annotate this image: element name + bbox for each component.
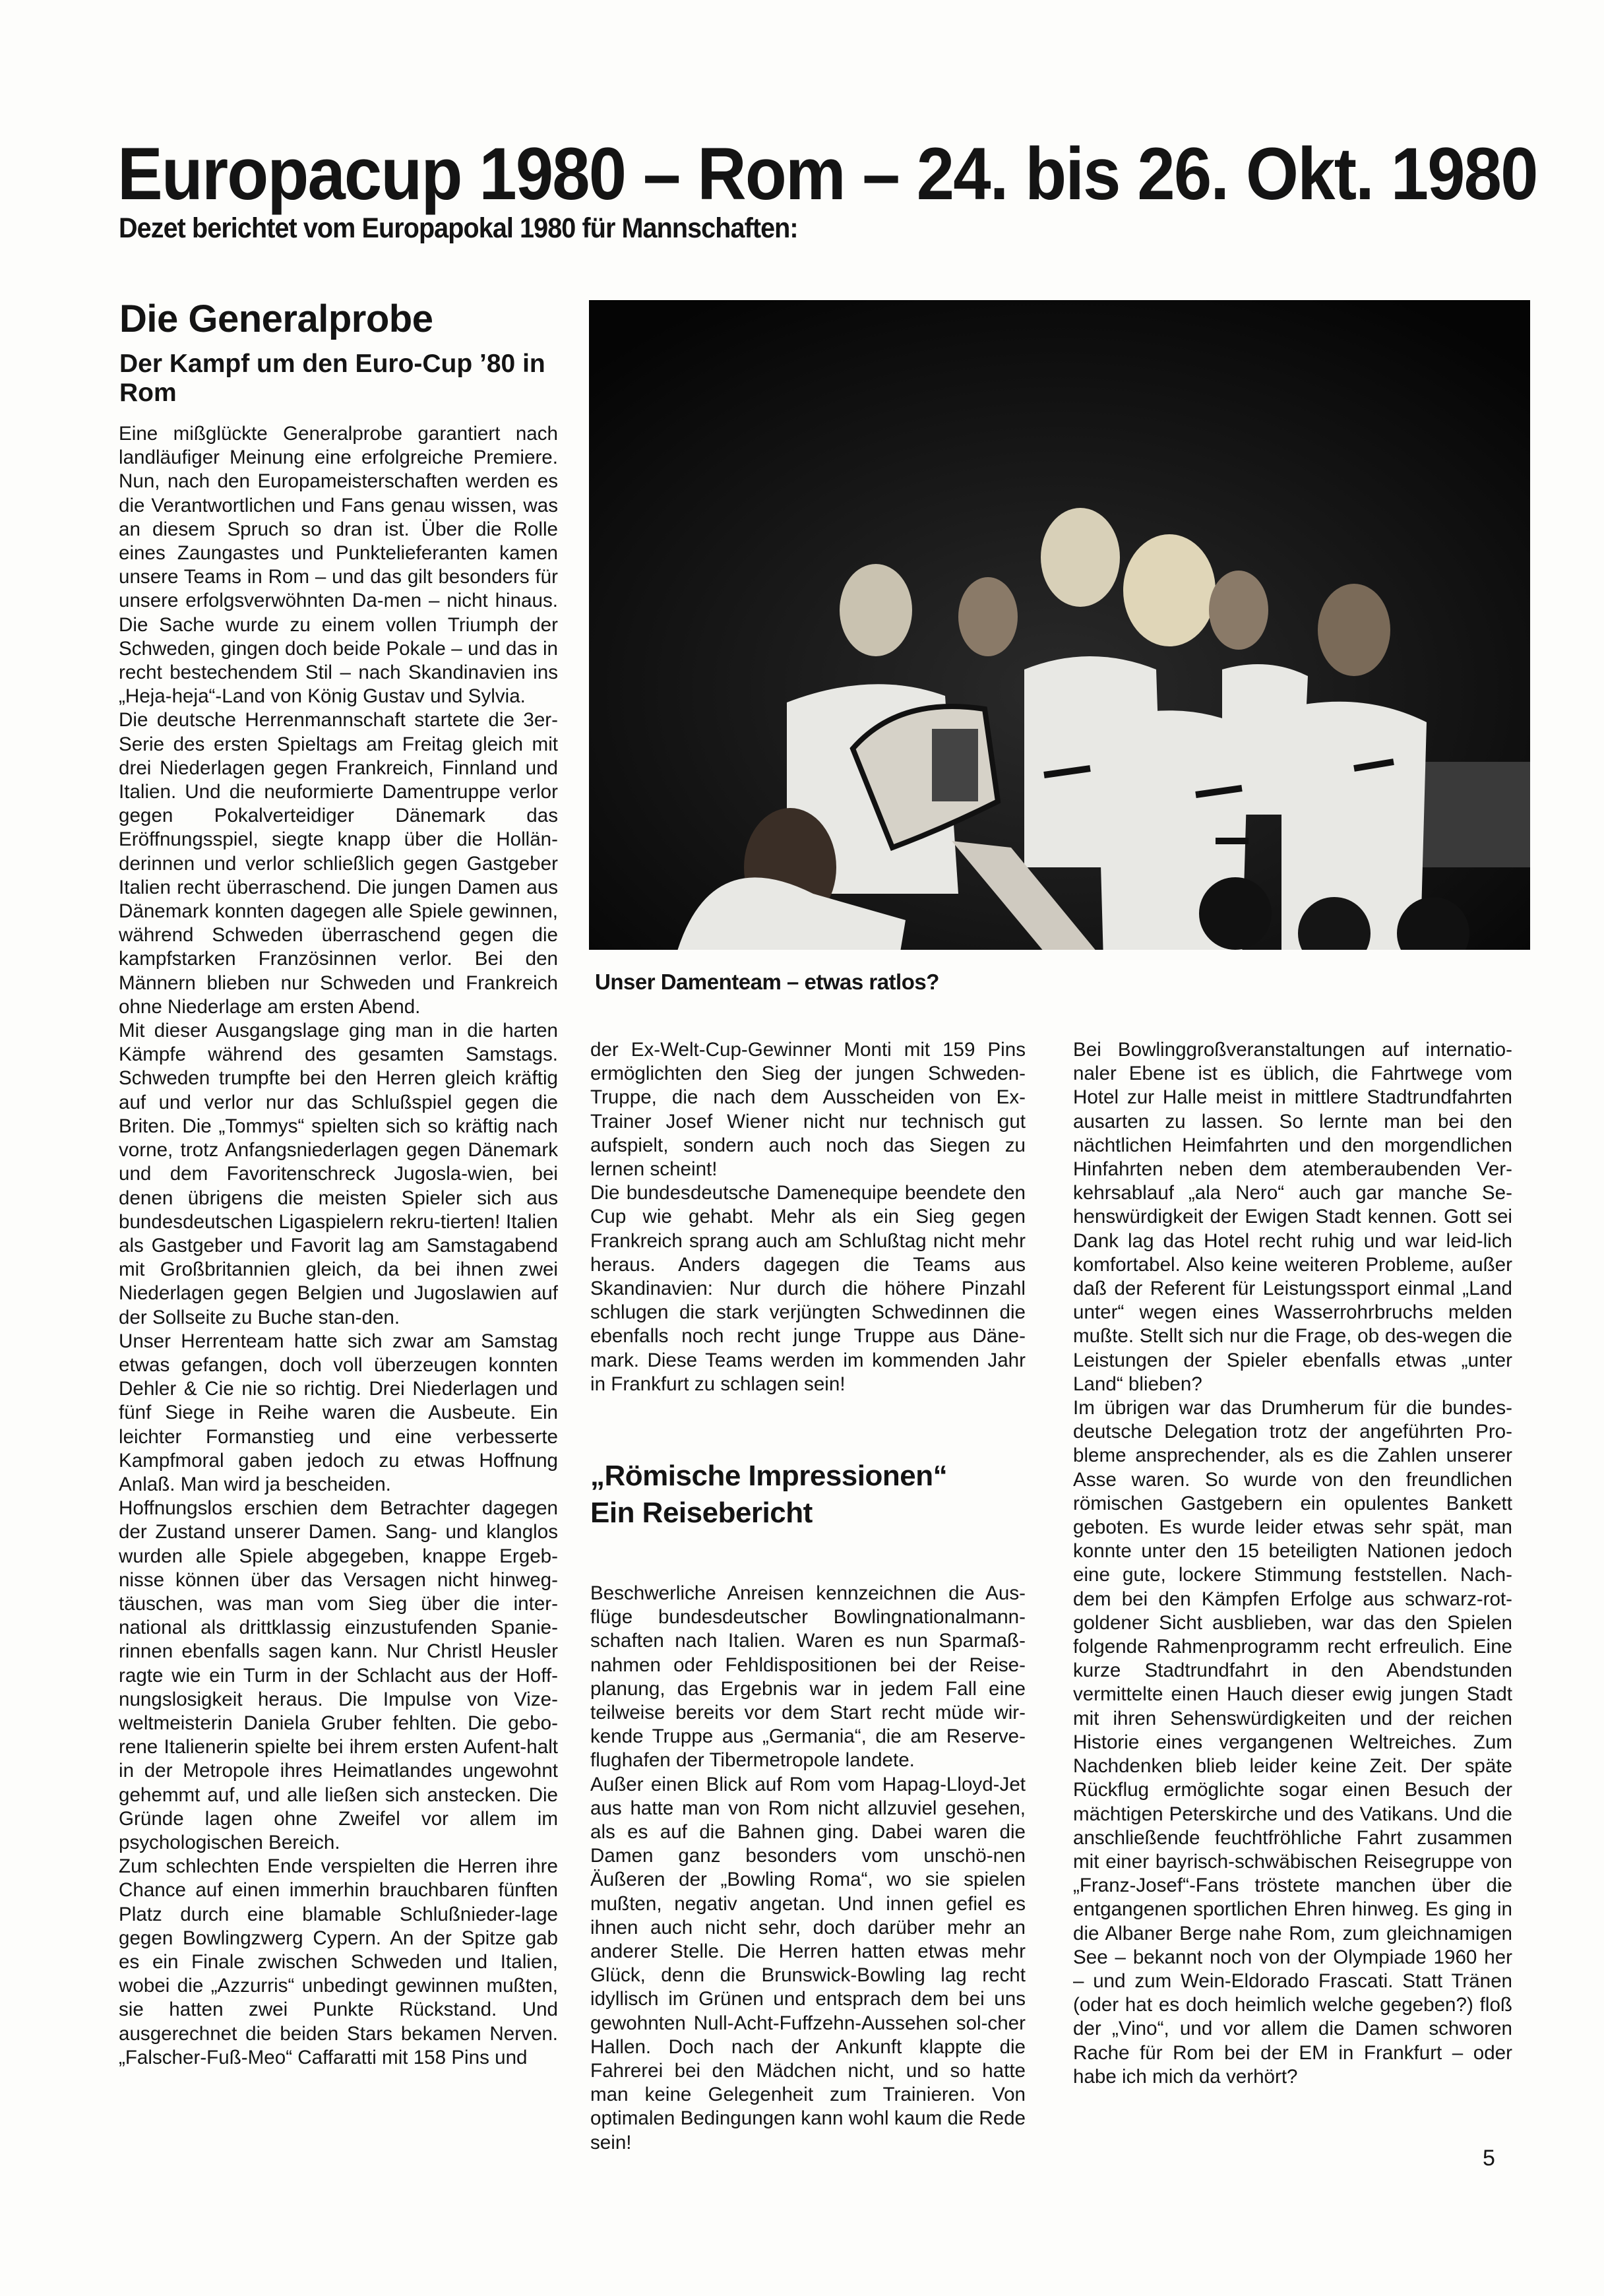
- paragraph: Im übrigen war das Drumherum für die bun…: [1073, 1396, 1512, 2089]
- paragraph: Eine mißglückte Generalprobe garantiert …: [119, 422, 558, 708]
- page-number: 5: [1483, 2146, 1495, 2171]
- article-heading: Die Generalprobe: [119, 300, 433, 338]
- paragraph: Zum schlechten Ende verspielten die Herr…: [119, 1855, 558, 2070]
- article2-column-middle: Beschwerliche Anreisen kennzeichnen die …: [590, 1582, 1026, 2155]
- article-subheading: Der Kampf um den Euro-Cup ’80 in Rom: [119, 350, 568, 408]
- article-column-left: Eine mißglückte Generalprobe garantiert …: [119, 422, 558, 2070]
- paragraph: Mit dieser Ausgangslage ging man in die …: [119, 1019, 558, 1330]
- team-photo-image: [589, 300, 1530, 950]
- article2-heading-line2: Ein Reisebericht: [590, 1495, 947, 1532]
- article2-heading-line1: „Römische Impressionen“: [590, 1458, 947, 1495]
- article2-column-right: Bei Bowlinggroßveranstaltungen auf inter…: [1073, 1038, 1512, 2089]
- paragraph: Die deutsche Herrenmannschaft startete d…: [119, 708, 558, 1019]
- paragraph: Beschwerliche Anreisen kennzeichnen die …: [590, 1582, 1026, 1773]
- paragraph: Die bundesdeutsche Damenequipe beendete …: [590, 1181, 1026, 1396]
- paragraph: Hoffnungslos erschien dem Betrachter dag…: [119, 1497, 558, 1855]
- photo-caption: Unser Damenteam – etwas ratlos?: [595, 970, 939, 995]
- paragraph: Außer einen Blick auf Rom vom Hapag-Lloy…: [590, 1773, 1026, 2155]
- page-title: Europacup 1980 – Rom – 24. bis 26. Okt. …: [117, 137, 1537, 211]
- paragraph: Bei Bowlinggroßveranstaltungen auf inter…: [1073, 1038, 1512, 1396]
- article2-heading: „Römische Impressionen“ Ein Reisebericht: [590, 1458, 947, 1532]
- paragraph: der Ex-Welt-Cup-Gewinner Monti mit 159 P…: [590, 1038, 1026, 1181]
- page-subtitle: Dezet berichtet vom Europapokal 1980 für…: [119, 212, 798, 245]
- paragraph: Unser Herrenteam hatte sich zwar am Sams…: [119, 1330, 558, 1497]
- team-photo: [589, 300, 1530, 950]
- article-column-middle: der Ex-Welt-Cup-Gewinner Monti mit 159 P…: [590, 1038, 1026, 1396]
